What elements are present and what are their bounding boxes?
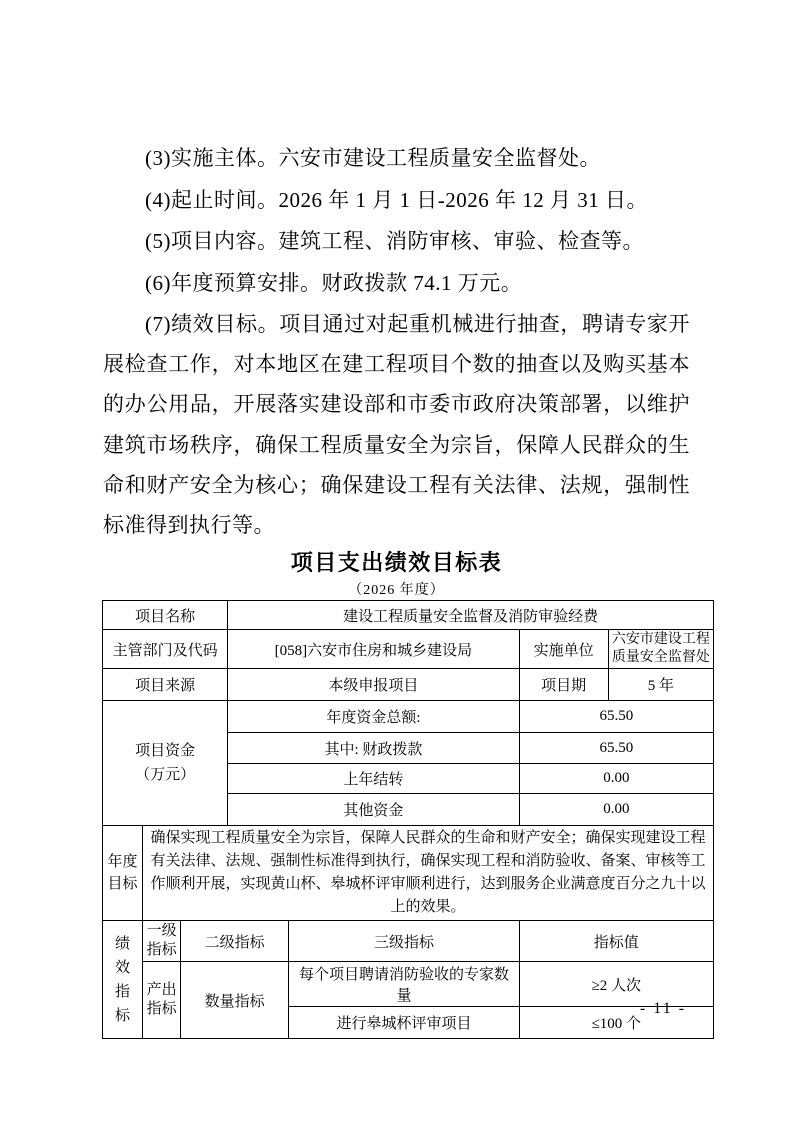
- cell-funds-label: 项目资金 （万元）: [103, 701, 228, 826]
- paragraph-implementing-entity: (3)实施主体。六安市建设工程质量安全监督处。: [103, 138, 690, 180]
- cell-fund-total-value: 65.50: [519, 701, 713, 733]
- cell-fund-carryover-value: 0.00: [519, 764, 713, 794]
- cell-source-value: 本级申报项目: [228, 669, 519, 701]
- cell-annual-goal-text: 确保实现工程质量安全为宗旨，保障人民群众的生命和财产安全；确保实现建设工程有关法…: [143, 826, 714, 921]
- cell-fund-other-value: 0.00: [519, 794, 713, 826]
- paragraph-performance-goal: (7)绩效目标。项目通过对起重机械进行抽查，聘请专家开展检查工作，对本地区在建工…: [103, 304, 690, 545]
- cell-impl-unit-value: 六安市建设工程 质量安全监督处: [608, 630, 713, 669]
- cell-level2-header: 二级指标: [181, 921, 289, 962]
- cell-fund-carryover-label: 上年结转: [228, 764, 519, 794]
- page-number: - 11 -: [618, 1000, 708, 1018]
- cell-fund-total-label: 年度资金总额:: [228, 701, 519, 733]
- cell-project-name-value: 建设工程质量安全监督及消防审验经费: [228, 601, 714, 630]
- performance-target-table: 项目名称 建设工程质量安全监督及消防审验经费 主管部门及代码 [058]六安市住…: [102, 600, 714, 1039]
- cell-source-label: 项目来源: [103, 669, 228, 701]
- document-body: (3)实施主体。六安市建设工程质量安全监督处。 (4)起止时间。2026 年 1…: [103, 138, 690, 601]
- cell-period-value: 5 年: [608, 669, 713, 701]
- cell-project-name-label: 项目名称: [103, 601, 228, 630]
- cell-output-indicator-label: 产出 指标: [143, 962, 181, 1039]
- cell-fund-fiscal-label: 其中: 财政拨款: [228, 733, 519, 764]
- cell-level3-header: 三级指标: [289, 921, 519, 962]
- cell-fund-fiscal-value: 65.50: [519, 733, 713, 764]
- cell-value-header: 指标值: [519, 921, 713, 962]
- cell-quantity-indicator-label: 数量指标: [181, 962, 289, 1039]
- cell-impl-unit-label: 实施单位: [519, 630, 608, 669]
- cell-indicator-1-name: 每个项目聘请消防验收的专家数量: [289, 962, 519, 1007]
- table-subtitle: （2026 年度）: [103, 581, 690, 601]
- cell-dept-value: [058]六安市住房和城乡建设局: [228, 630, 519, 669]
- cell-dept-label: 主管部门及代码: [103, 630, 228, 669]
- cell-perf-indicator-label: 绩 效 指 标: [103, 921, 143, 1039]
- paragraph-project-content: (5)项目内容。建筑工程、消防审核、审验、检查等。: [103, 221, 690, 263]
- cell-indicator-2-name: 进行皋城杯评审项目: [289, 1007, 519, 1039]
- cell-fund-other-label: 其他资金: [228, 794, 519, 826]
- paragraph-annual-budget: (6)年度预算安排。财政拨款 74.1 万元。: [103, 263, 690, 305]
- cell-annual-goal-label: 年度 目标: [103, 826, 143, 921]
- table-title: 项目支出绩效目标表: [103, 545, 690, 581]
- cell-period-label: 项目期: [519, 669, 608, 701]
- paragraph-time-period: (4)起止时间。2026 年 1 月 1 日-2026 年 12 月 31 日。: [103, 180, 690, 222]
- cell-level1-header: 一级 指标: [143, 921, 181, 962]
